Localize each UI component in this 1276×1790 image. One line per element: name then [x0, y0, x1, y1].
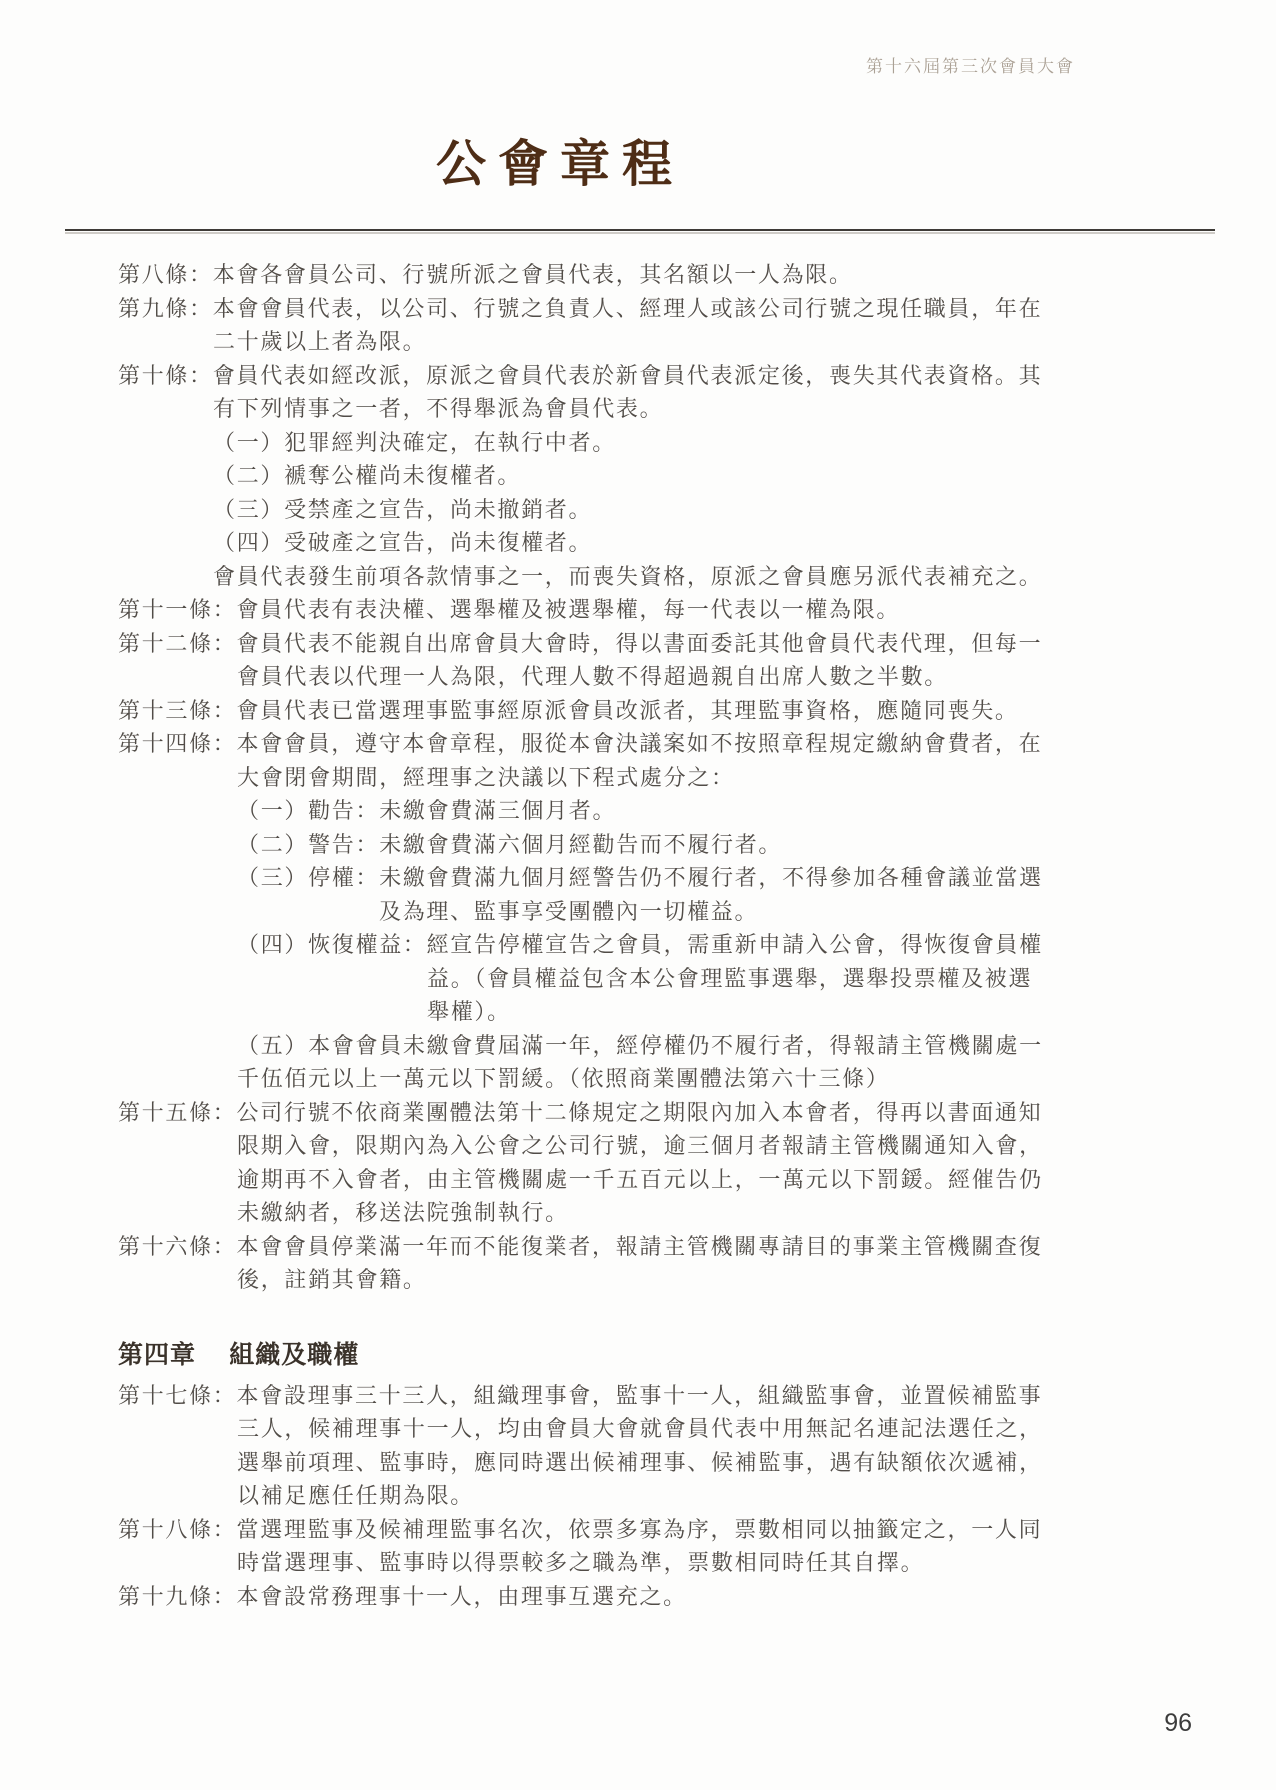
article-19: 第十九條：本會設常務理事十一人，由理事互選充之。 [118, 1580, 1054, 1614]
article-11: 第十一條：會員代表有表決權、選舉權及被選舉權，每一代表以一權為限。 [118, 593, 1054, 627]
article-18: 第十八條：當選理監事及候補理監事名次，依票多寡為序，票數相同以抽籤定之，一人同 … [118, 1513, 1054, 1580]
article-10-item-1: （一）犯罪經判決確定，在執行中者。 [213, 426, 1054, 460]
chapter-name: 組織及職權 [229, 1342, 359, 1369]
article-14-item-5: （五）本會會員未繳會費屆滿一年，經停權仍不履行者，得報請主管機關處一 千伍佰元以… [237, 1029, 1054, 1096]
article-10: 第十條：會員代表如經改派，原派之會員代表於新會員代表派定後，喪失其代表資格。其 … [118, 359, 1054, 426]
article-14: 第十四條：本會會員，遵守本會章程，服從本會決議案如不按照章程規定繳納會費者，在 … [118, 727, 1054, 794]
document-body: 第八條：本會各會員公司、行號所派之會員代表，其名額以一人為限。 第九條：本會會員… [118, 258, 1054, 1613]
article-14-item-3: （三）停權：未繳會費滿九個月經警告仍不履行者，不得參加各種會議並當選 及為理、監… [237, 861, 1054, 928]
article-8: 第八條：本會各會員公司、行號所派之會員代表，其名額以一人為限。 [118, 258, 1054, 292]
document-page: 第十六屆第三次會員大會 公會章程 第八條：本會各會員公司、行號所派之會員代表，其… [0, 0, 1276, 1790]
page-number: 96 [1164, 1709, 1192, 1738]
article-14-item-4: （四）恢復權益：經宣告停權宣告之會員，需重新申請入公會，得恢復會員權 益。（會員… [237, 928, 1054, 1029]
page-title: 公會章程 [0, 124, 1120, 196]
article-13: 第十三條：會員代表已當選理事監事經原派會員改派者，其理監事資格，應隨同喪失。 [118, 694, 1054, 728]
article-14-item-2: （二）警告：未繳會費滿六個月經勸告而不履行者。 [237, 828, 1054, 862]
article-10-item-2: （二）褫奪公權尚未復權者。 [213, 459, 1054, 493]
article-14-item-1: （一）勸告：未繳會費滿三個月者。 [237, 794, 1054, 828]
chapter-heading: 第四章 組織及職權 [118, 1339, 1054, 1373]
article-17: 第十七條：本會設理事三十三人，組織理事會，監事十一人，組織監事會，並置候補監事 … [118, 1379, 1054, 1513]
article-9: 第九條：本會會員代表，以公司、行號之負責人、經理人或該公司行號之現任職員，年在 … [118, 292, 1054, 359]
title-divider [65, 229, 1215, 231]
running-header: 第十六屆第三次會員大會 [866, 52, 1075, 77]
chapter-number: 第四章 [118, 1342, 196, 1369]
article-10-item-4: （四）受破產之宣告，尚未復權者。 [213, 526, 1054, 560]
article-10-note: 會員代表發生前項各款情事之一，而喪失資格，原派之會員應另派代表補充之。 [213, 560, 1054, 594]
article-15: 第十五條：公司行號不依商業團體法第十二條規定之期限內加入本會者，得再以書面通知 … [118, 1096, 1054, 1230]
article-12: 第十二條：會員代表不能親自出席會員大會時，得以書面委託其他會員代表代理，但每一 … [118, 627, 1054, 694]
article-16: 第十六條：本會會員停業滿一年而不能復業者，報請主管機關專請目的事業主管機關查復 … [118, 1230, 1054, 1297]
article-10-item-3: （三）受禁產之宣告，尚未撤銷者。 [213, 493, 1054, 527]
